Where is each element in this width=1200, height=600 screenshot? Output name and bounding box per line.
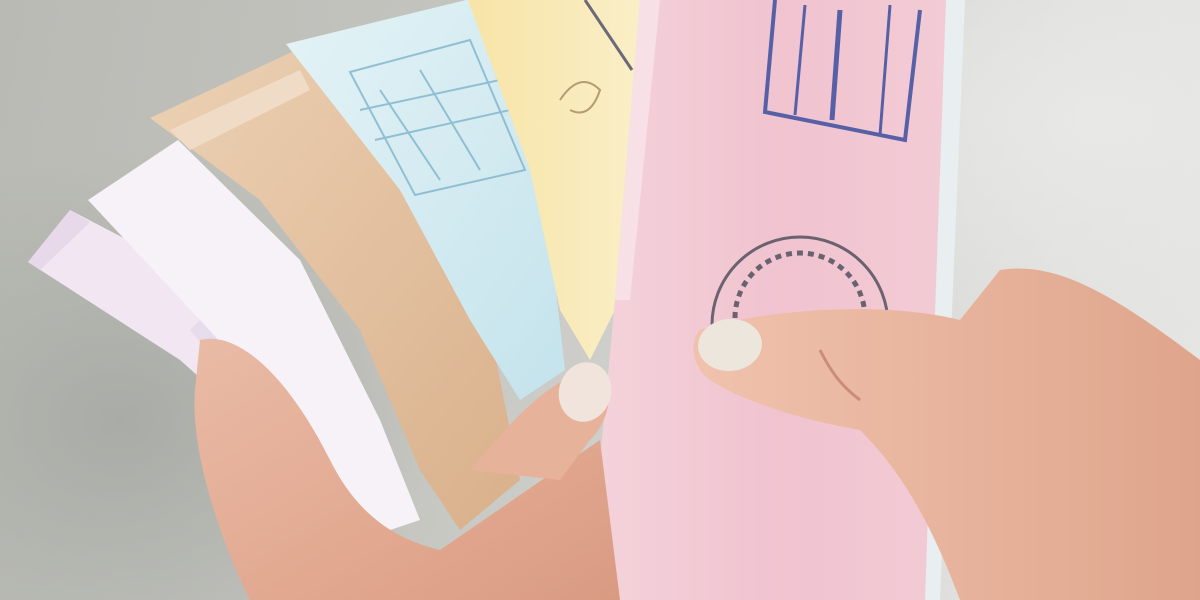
photo-scene xyxy=(0,0,1200,600)
photo-illustration xyxy=(0,0,1200,600)
paper-pink xyxy=(600,0,965,600)
